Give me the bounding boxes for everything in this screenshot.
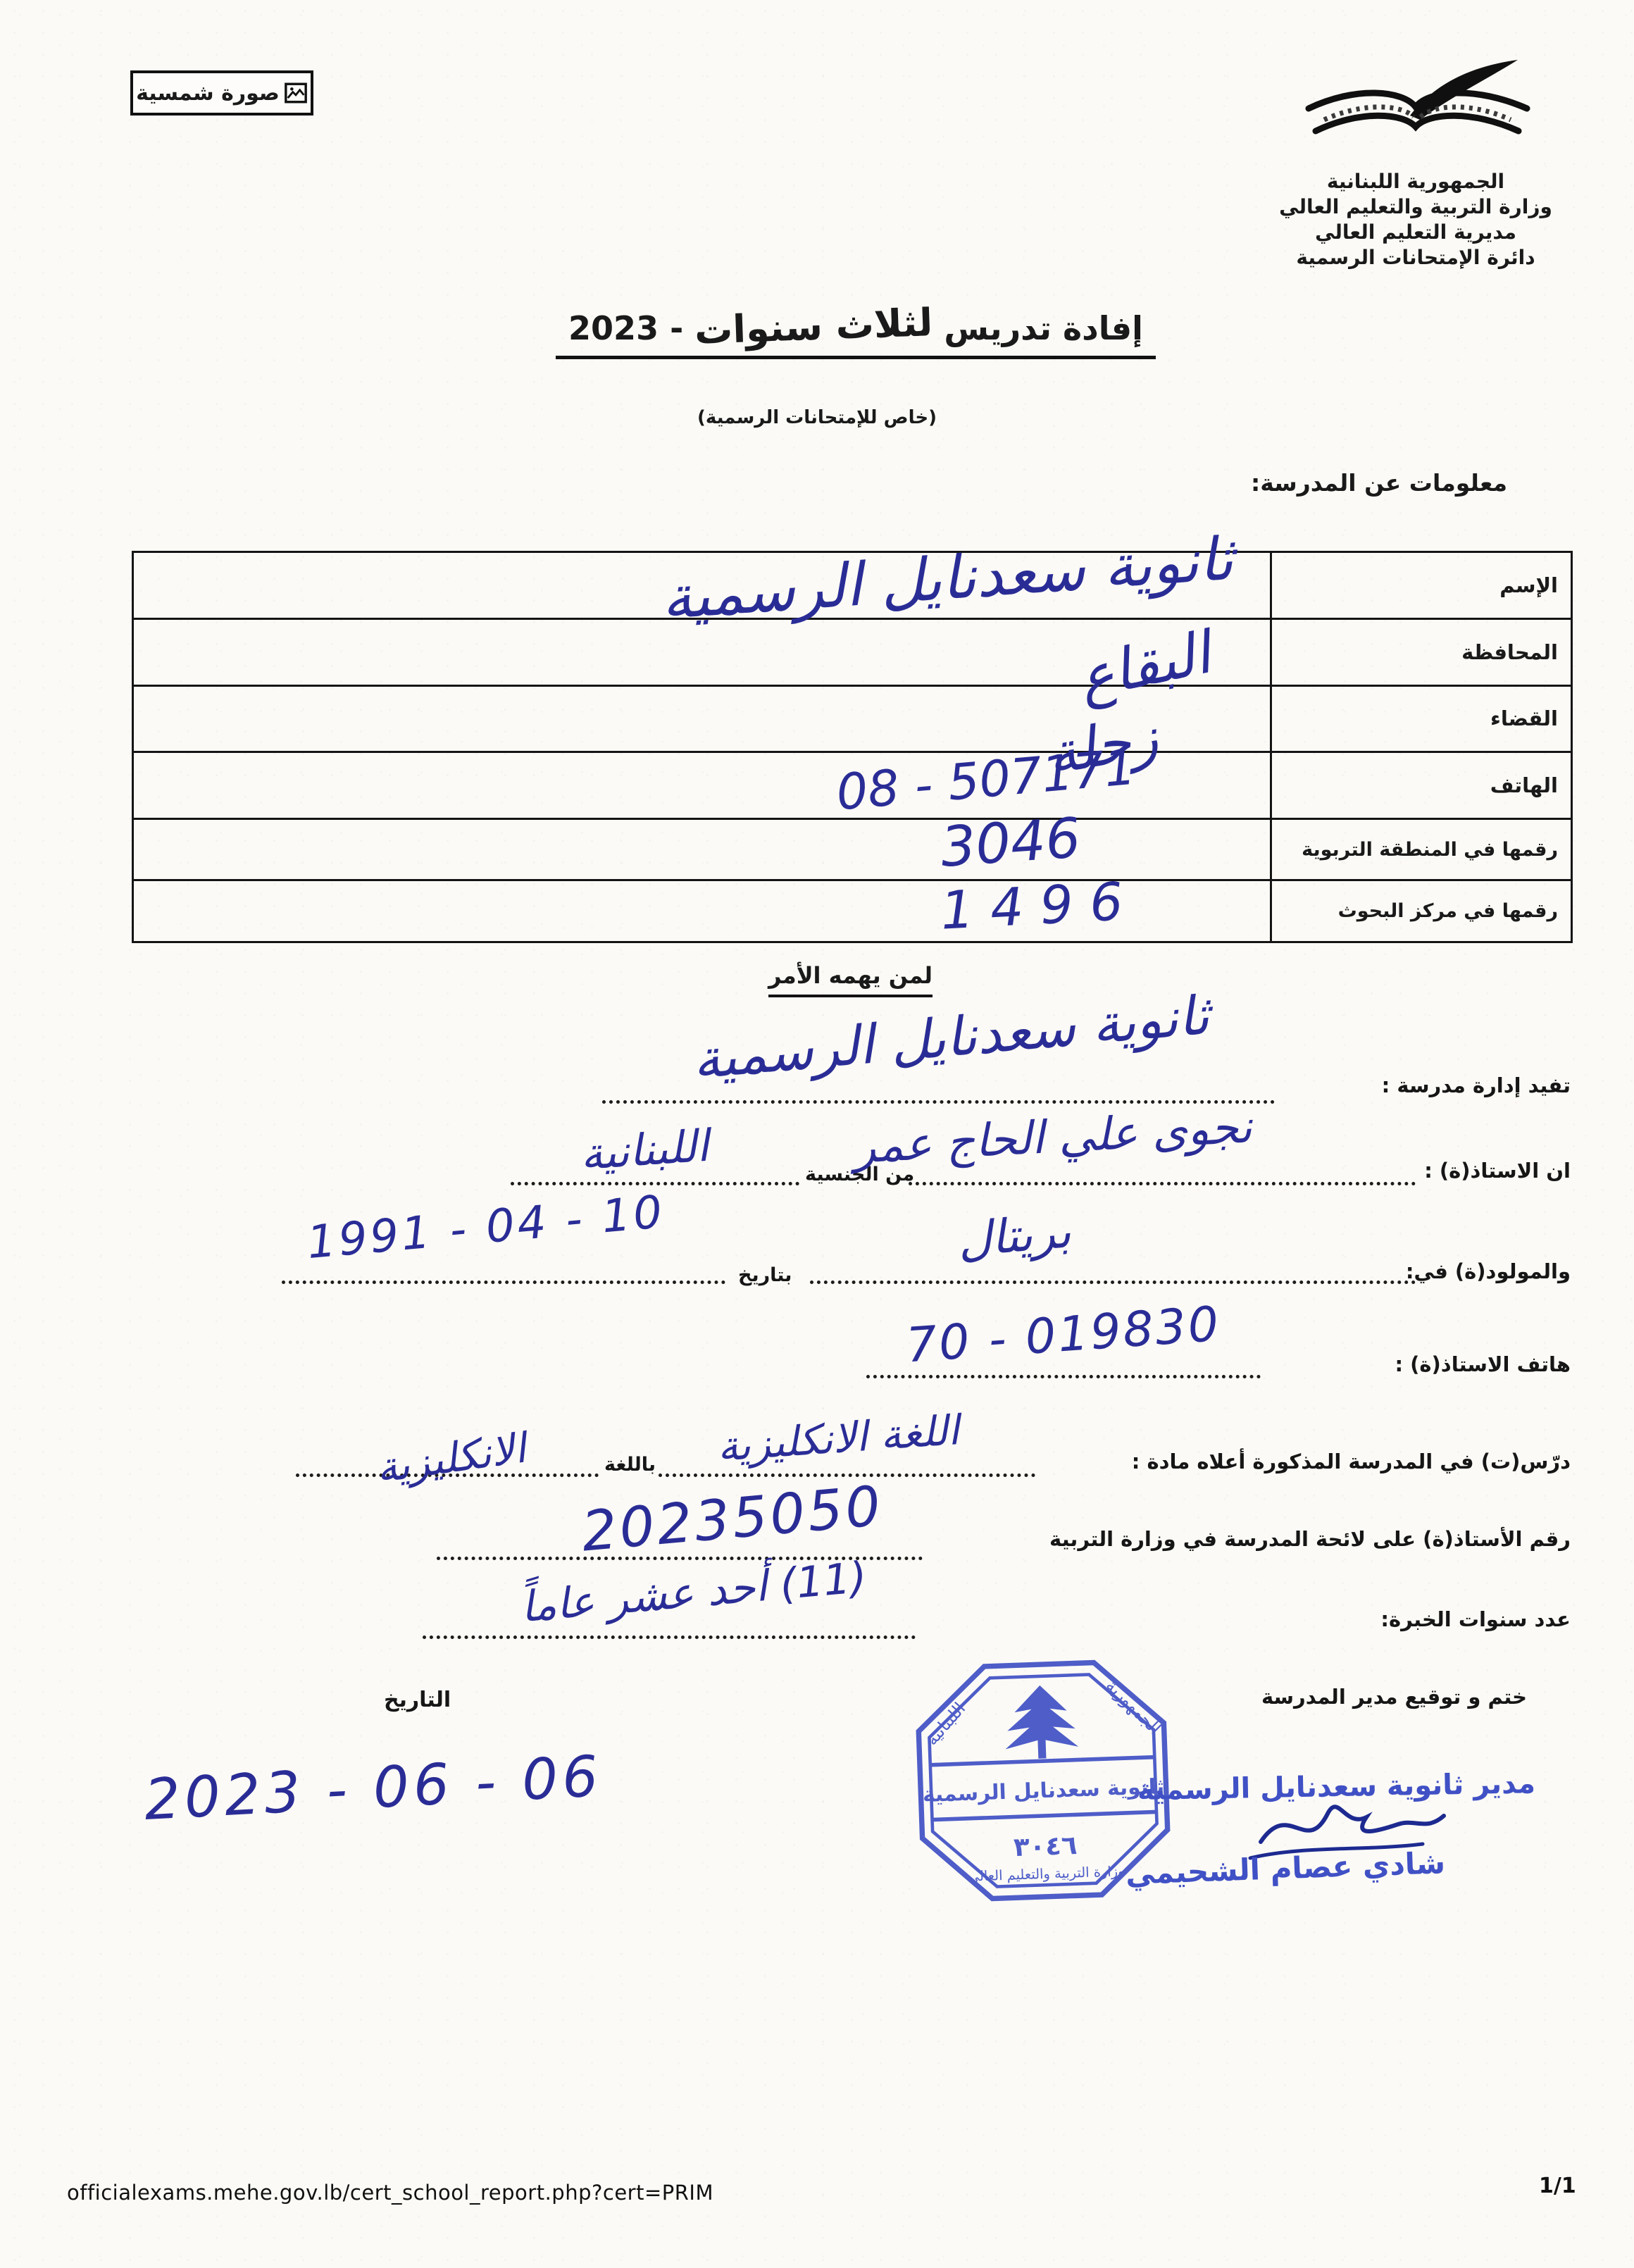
scanned-certificate-page: { "photo_box": { "label": "صورة شمسية" }… (0, 0, 1634, 2268)
title-printed-start: إفادة تدريس (944, 309, 1143, 347)
table-row: رقمها في مركز البحوث (133, 880, 1572, 942)
handwritten-district-number: 3046 (921, 805, 1101, 880)
school-info-heading: معلومات عن المدرسة: (1251, 469, 1507, 497)
teacher-phone-label: هاتف الاستاذ(ة) : (1395, 1352, 1571, 1376)
birthplace-label: والمولود(ة) في: (1406, 1259, 1571, 1283)
date-label: التاريخ (384, 1688, 451, 1712)
ministry-header: الجمهورية اللبنانية وزارة التربية والتعل… (1250, 169, 1581, 270)
teacher-label: ان الاستاذ(ة) : (1424, 1159, 1571, 1183)
school-admin-label: تفيد إدارة مدرسة : (1382, 1073, 1571, 1097)
document-subtitle: (خاص للإمتحانات الرسمية) (0, 407, 1634, 428)
title-year: - 2023 (568, 309, 683, 347)
stamp-number: ٣٠٤٦ (1013, 1830, 1078, 1862)
row-label-district: القضاء (1271, 685, 1572, 752)
table-row: رقمها في المنطقة التربوية (133, 819, 1572, 880)
row-label-phone: الهاتف (1271, 752, 1572, 819)
ministry-header-line: دائرة الإمتحانات الرسمية (1250, 245, 1581, 270)
ministry-logo (1303, 58, 1535, 167)
birthdate-label: بتاريخ (738, 1264, 792, 1286)
row-label-name: الإسم (1271, 552, 1572, 619)
subject-label: درّس(ت) في المدرسة المذكورة أعلاه مادة : (1132, 1450, 1571, 1473)
page-number: 1/1 (1539, 2174, 1576, 2198)
document-title: إفادة تدريس لثلاث سنوات - 2023 (0, 304, 1634, 359)
ministry-header-line: الجمهورية اللبنانية (1250, 169, 1581, 194)
row-label-district-number: رقمها في المنطقة التربوية (1271, 819, 1572, 880)
photo-box-label: صورة شمسية (136, 81, 280, 106)
table-row: القضاء (133, 685, 1572, 752)
cedar-icon (1003, 1684, 1078, 1759)
title-handwritten-part: لثلاث سنوات (694, 300, 933, 353)
row-label-research-number: رقمها في مركز البحوث (1271, 880, 1572, 942)
registry-label: رقم الأستاذ(ة) على لائحة المدرسة في وزار… (1049, 1527, 1571, 1551)
table-row: المحافظة (133, 618, 1572, 685)
footer-url: officialexams.mehe.gov.lb/cert_school_re… (67, 2181, 713, 2205)
ministry-header-line: وزارة التربية والتعليم العالي (1250, 194, 1581, 220)
row-value-cell (133, 819, 1271, 880)
broken-image-icon (284, 81, 308, 105)
stamp-edge-text-right: الجمهورية (1102, 1676, 1165, 1738)
row-label-governorate: المحافظة (1271, 618, 1572, 685)
photo-placeholder-box: صورة شمسية (130, 70, 313, 116)
handwritten-language: الانكليزية (290, 1412, 611, 1504)
stamp-signature-label: ختم و توقيع مدير المدرسة (1261, 1685, 1527, 1709)
experience-label: عدد سنوات الخبرة: (1380, 1607, 1571, 1631)
concern-heading-wrap: لمن يهمه الأمر (0, 962, 1634, 997)
ministry-header-line: مديرية التعليم العالي (1250, 220, 1581, 245)
handwritten-research-number: 1 4 9 6 (935, 871, 1128, 942)
concern-heading: لمن يهمه الأمر (768, 962, 933, 997)
handwritten-date: 2023 - 06 - 06 (125, 1743, 621, 1834)
quill-icon (1410, 60, 1518, 120)
